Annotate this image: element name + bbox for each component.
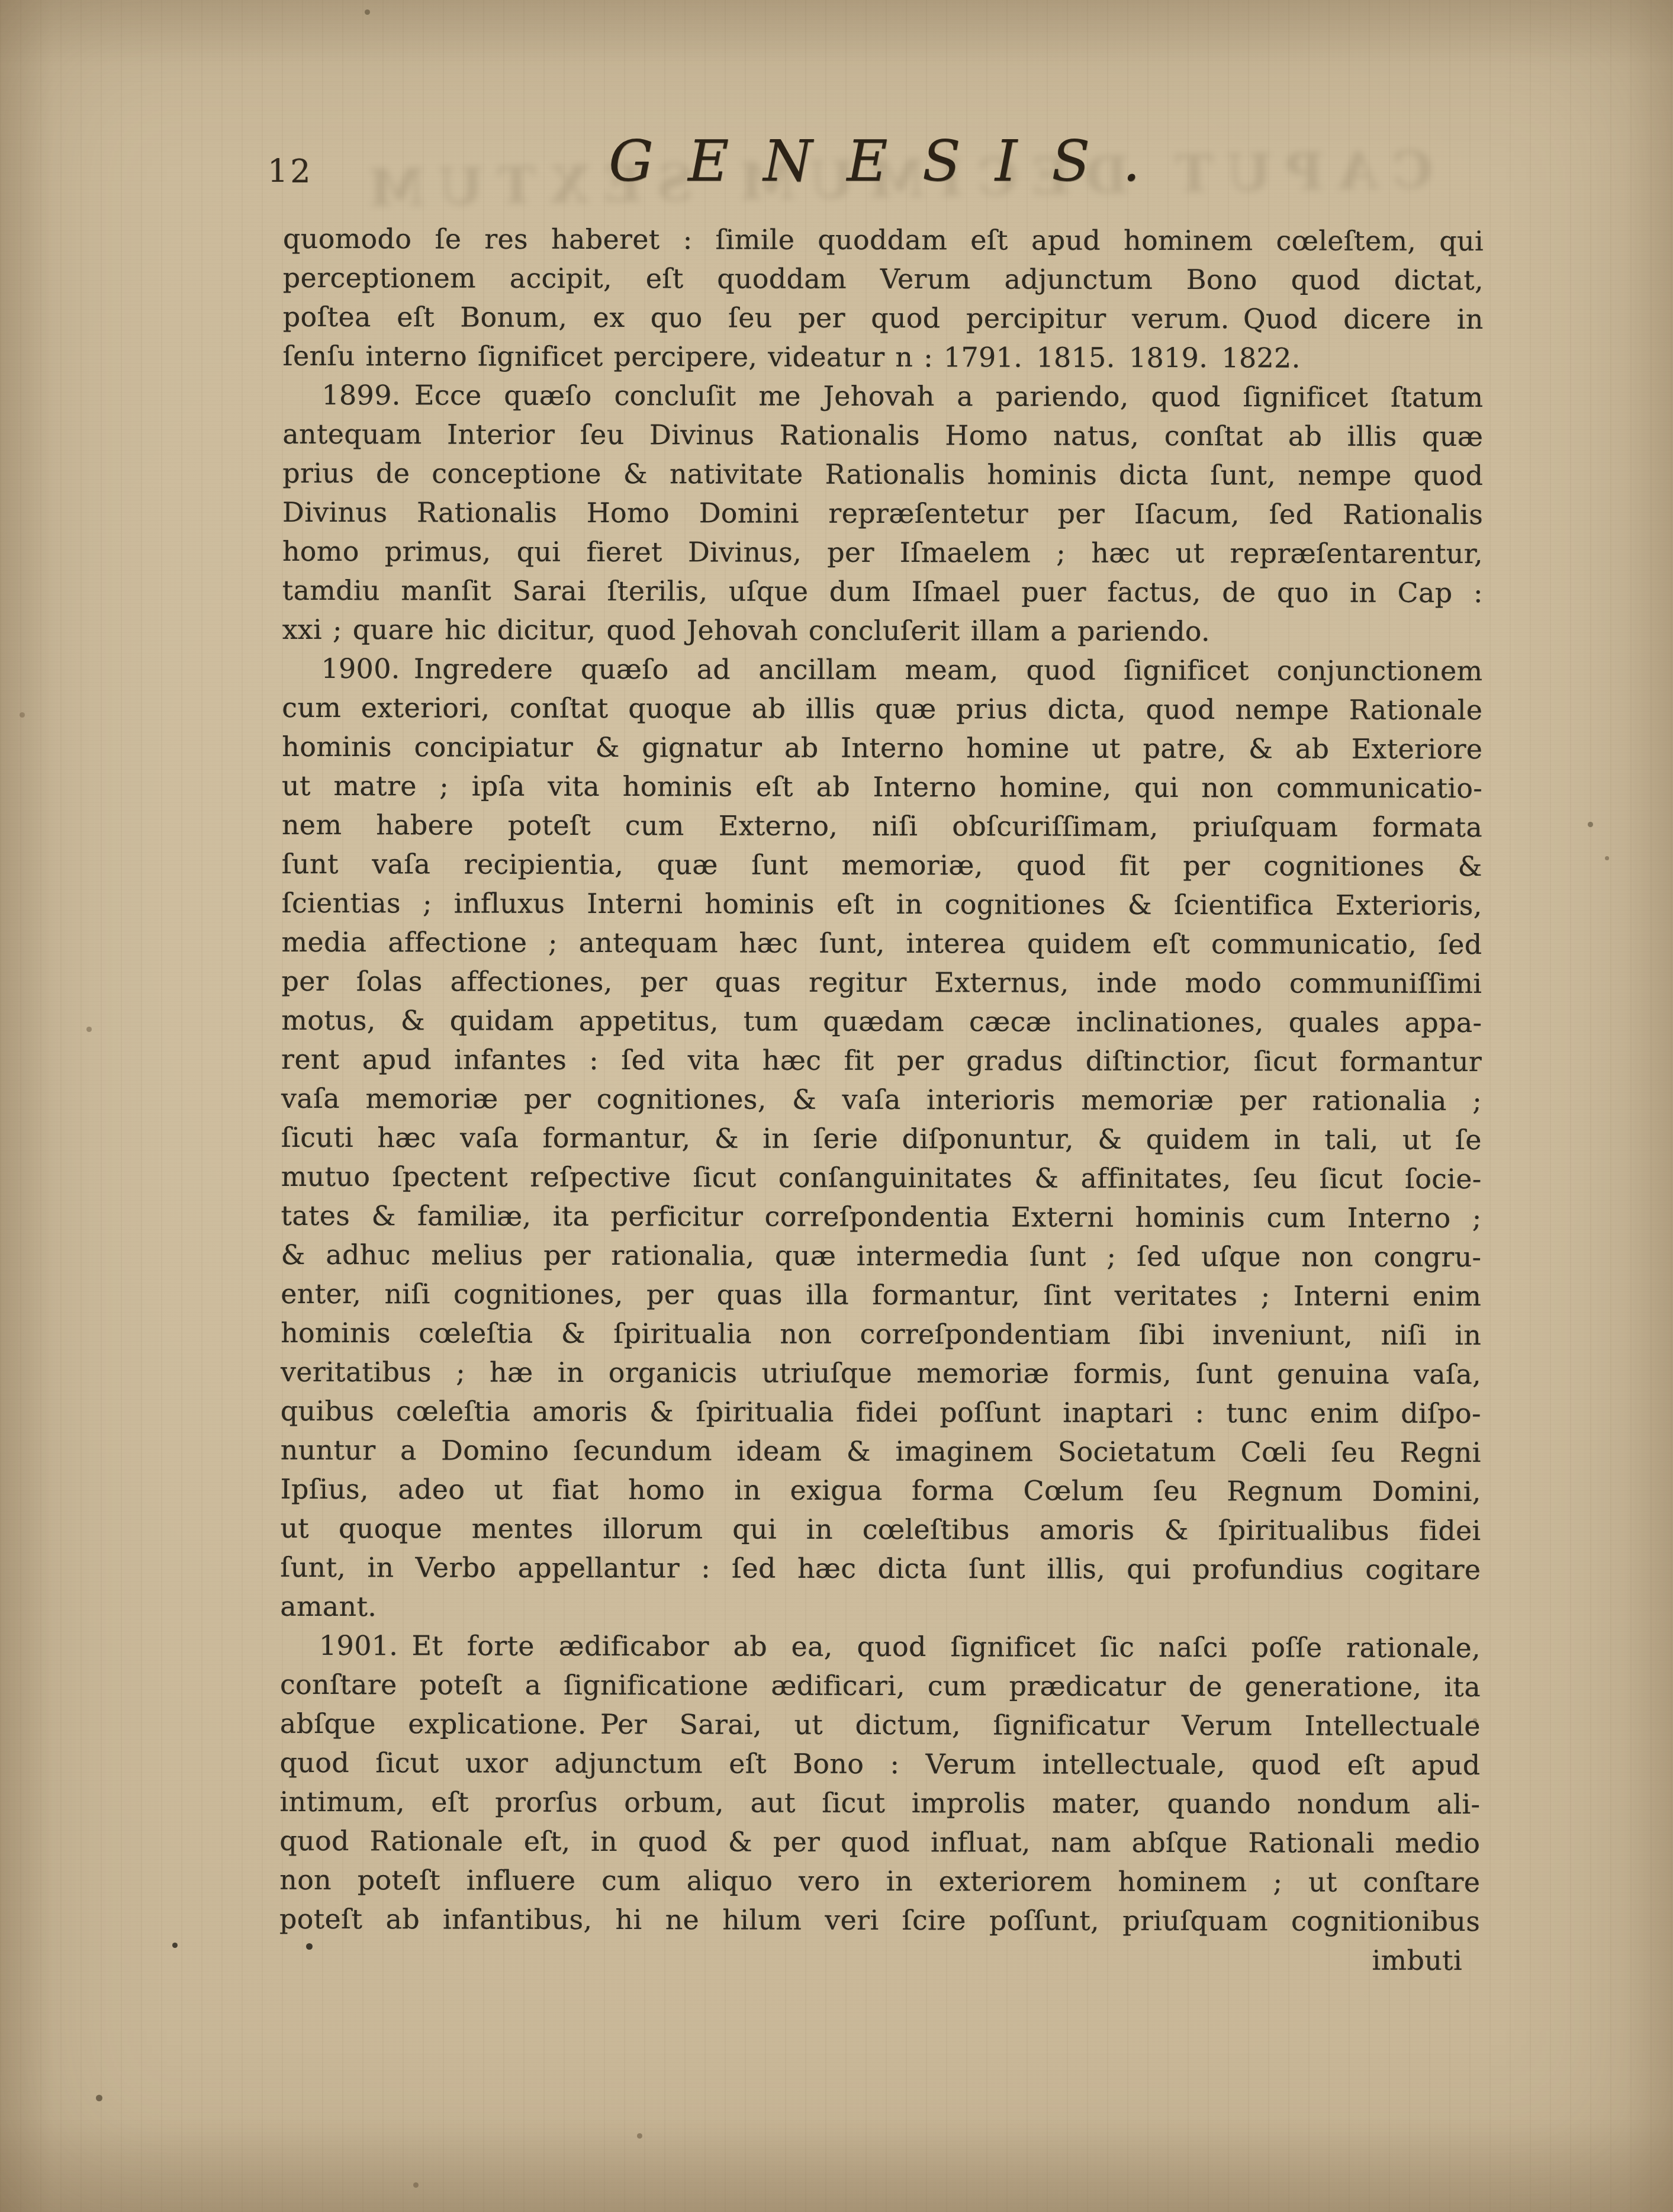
- text-line: non poteſt influere cum aliquo vero in e…: [279, 1860, 1480, 1902]
- text-line: conſtare poteſt a ſignificatione ædifica…: [280, 1665, 1481, 1706]
- text-line: ſunt, in Verbo appellantur : ſed hæc dic…: [280, 1548, 1481, 1589]
- text-line: & adhuc melius per rationalia, quæ inter…: [281, 1235, 1481, 1277]
- text-line: tamdiu manſit Sarai ſterilis, uſque dum …: [282, 571, 1483, 612]
- paragraph: 1901. Et forte ædificabor ab ea, quod ſi…: [279, 1626, 1481, 1941]
- text-line: mutuo ſpectent reſpective ſicut conſangu…: [281, 1157, 1482, 1198]
- text-line: ut matre ; ipſa vita hominis eſt ab Inte…: [282, 766, 1482, 808]
- paragraph: quomodo ſe res haberet : ſimile quoddam …: [283, 219, 1484, 378]
- text-line: rent apud infantes : ſed vita hæc fit pe…: [281, 1040, 1482, 1081]
- text-line: prius de conceptione & nativitate Ration…: [282, 454, 1483, 495]
- page-number: 12: [268, 153, 313, 190]
- text-line: motus, & quidam appetitus, tum quædam cæ…: [281, 1001, 1482, 1042]
- text-line: enter, niſi cognitiones, per quas illa f…: [281, 1274, 1481, 1316]
- text-line: 1899. Ecce quæſo concluſit me Jehovah a …: [282, 375, 1483, 417]
- text-line: ſenſu interno ſignificet percipere, vide…: [283, 336, 1484, 378]
- running-title: GENESIS.: [609, 129, 1175, 194]
- text-line: ſicuti hæc vaſa formantur, & in ſerie di…: [281, 1118, 1482, 1159]
- text-line: nuntur a Domino ſecundum ideam & imagine…: [281, 1430, 1481, 1472]
- text-line: per ſolas affectiones, per quas regitur …: [281, 962, 1482, 1003]
- text-line: quibus cœleſtia amoris & ſpiritualia fid…: [281, 1391, 1481, 1433]
- text-block: quomodo ſe res haberet : ſimile quoddam …: [279, 219, 1484, 1980]
- text-line: veritatibus ; hæ in organicis utriuſque …: [281, 1352, 1481, 1394]
- text-line: perceptionem accipit, eſt quoddam Verum …: [283, 258, 1484, 300]
- text-line: tates & familiæ, ita perficitur correſpo…: [281, 1196, 1482, 1237]
- text-line: vaſa memoriæ per cognitiones, & vaſa int…: [281, 1079, 1482, 1120]
- text-line: ut quoque mentes illorum qui in cœleſtib…: [280, 1509, 1481, 1550]
- text-line: quod Rationale eſt, in quod & per quod i…: [279, 1821, 1480, 1863]
- text-line: 1900. Ingredere quæſo ad ancillam meam, …: [282, 649, 1482, 690]
- book-page: CAPUT DECIMUM SEXTUM 12 GENESIS. quomodo…: [0, 0, 1673, 2212]
- text-line: 1901. Et forte ædificabor ab ea, quod ſi…: [280, 1626, 1481, 1667]
- text-line: ſunt vaſa recipientia, quæ ſunt memoriæ,…: [282, 844, 1482, 886]
- text-line: hominis cœleſtia & ſpiritualia non corre…: [281, 1313, 1481, 1355]
- text-line: Divinus Rationalis Homo Domini repræſent…: [282, 493, 1483, 534]
- text-line: homo primus, qui fieret Divinus, per Iſm…: [282, 532, 1483, 573]
- text-line: abſque explicatione. Per Sarai, ut dictu…: [280, 1704, 1481, 1745]
- text-line: ſcientias ; influxus Interni hominis eſt…: [282, 883, 1482, 925]
- catchword: imbuti: [279, 1938, 1480, 1980]
- text-line: hominis concipiatur & gignatur ab Intern…: [282, 727, 1482, 769]
- text-line: antequam Interior ſeu Divinus Rationalis…: [282, 414, 1483, 456]
- text-line: nem habere poteſt cum Externo, niſi obſc…: [282, 805, 1482, 847]
- text-line: intimum, eſt prorſus orbum, aut ſicut im…: [279, 1782, 1480, 1824]
- text-line: xxi ; quare hic dicitur, quod Jehovah co…: [282, 610, 1483, 651]
- text-line: poſtea eſt Bonum, ex quo ſeu per quod pe…: [283, 297, 1484, 339]
- paper-specks: [0, 0, 3, 3]
- paragraph: 1899. Ecce quæſo concluſit me Jehovah a …: [282, 375, 1484, 651]
- paragraph: 1900. Ingredere quæſo ad ancillam meam, …: [280, 649, 1482, 1628]
- text-line: poteſt ab infantibus, hi ne hilum veri ſ…: [279, 1899, 1480, 1941]
- text-line: quomodo ſe res haberet : ſimile quoddam …: [283, 219, 1484, 261]
- text-line: Ipſius, adeo ut fiat homo in exigua form…: [281, 1470, 1481, 1511]
- text-line: quod ſicut uxor adjunctum eſt Bono : Ver…: [280, 1743, 1481, 1785]
- text-line: media affectione ; antequam hæc ſunt, in…: [281, 922, 1482, 964]
- text-line: amant.: [280, 1587, 1481, 1628]
- text-line: cum exteriori, conſtat quoque ab illis q…: [282, 688, 1482, 729]
